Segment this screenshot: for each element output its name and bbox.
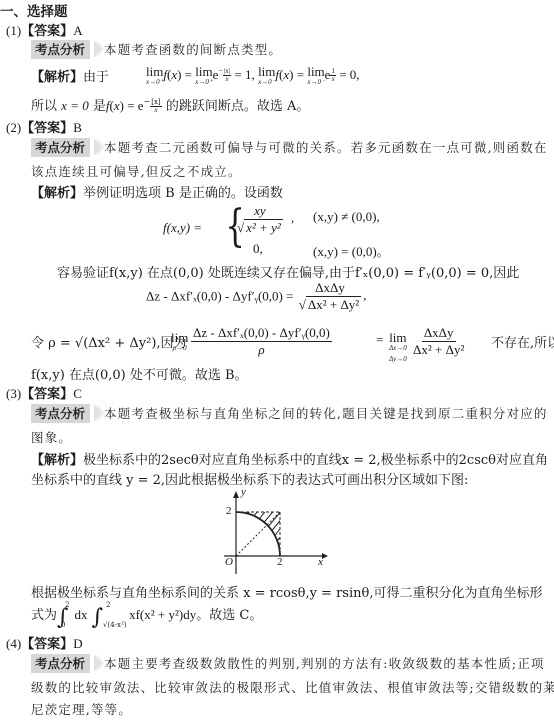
- question-3-header: (3)【答案】C: [6, 383, 82, 402]
- x-tick-label: 2: [277, 556, 283, 568]
- question-2-kaodian-line2: 该点连续且可偏导,但反之不成立。: [31, 162, 242, 180]
- origin-label: O: [225, 556, 233, 568]
- question-4-kaodian-line2: 级数的比较审敛法、比较审敛法的极限形式、比值审敛法、根值审敛法等;交错级数的莱布: [31, 678, 554, 696]
- kaodian-badge: 考点分析: [31, 654, 90, 673]
- question-4-header: (4)【答案】D: [6, 633, 83, 652]
- section-title: 一、选择题: [0, 0, 68, 20]
- question-4-kaodian-line3: 尼茨定理,等等。: [31, 700, 132, 718]
- question-3-kaodian: 考点分析本题考查极坐标与直角坐标之间的转化,题目关键是找到原二重积分对应的: [31, 404, 548, 423]
- question-1-header: (1)【答案】A: [6, 20, 83, 39]
- question-2-final: f(x,y) 在点(0,0) 处不可微。故选 B。: [31, 364, 248, 383]
- question-2-delta-formula: Δz - Δxf′ₓ(0,0) - Δyf′ᵧ(0,0) = ΔxΔy√Δx² …: [146, 280, 366, 313]
- answer-tag: 【答案】: [21, 24, 73, 39]
- question-2-jiexi: 【解析】举例证明选项 B 是正确的。设函数: [31, 182, 283, 201]
- question-3-integral: 式为∫20dx ∫2√(4-x²)xf(x² + y²)dy。故选 C。: [31, 604, 262, 632]
- question-2-kaodian: 考点分析本题考查二元函数可偏导与可微的关系。若多元函数在一点可微,则函数在: [31, 138, 548, 157]
- question-3-jiexi-line2: 坐标系中的直线 y = 2,因此根据极坐标系下的表达式可画出积分区域如下图:: [31, 469, 468, 488]
- question-1-jiexi: 【解析】由于: [31, 66, 109, 85]
- kaodian-badge: 考点分析: [31, 40, 90, 59]
- question-3-jiexi: 【解析】极坐标系中的2secθ对应直角坐标系中的直线x = 2,极坐标系中的2c…: [31, 449, 548, 468]
- y-tick-label: 2: [226, 505, 232, 517]
- y-axis-arrow-icon: [233, 491, 239, 498]
- jiexi-intro: 由于: [83, 70, 109, 85]
- jiexi-tag: 【解析】: [31, 70, 83, 85]
- question-2-verify-line: 容易验证f(x,y) 在点(0,0) 处既连续又存在偏导,由于f′ₓ(0,0) …: [57, 262, 519, 281]
- answer-value: A: [73, 23, 82, 38]
- kaodian-badge: 考点分析: [31, 138, 90, 157]
- question-3-relation-line: 根据极坐标系与直角坐标系间的关系 x = rcosθ,y = rsinθ,可得二…: [31, 582, 542, 601]
- question-1-conclusion: 所以 x = 0 是f(x) = e−[x]x 的跳跃间断点。故选 A。: [31, 95, 309, 114]
- question-4-kaodian: 考点分析本题主要考查级数敛散性的判别,判别的方法有:收敛级数的基本性质;正项: [31, 654, 545, 673]
- x-axis-label: x: [318, 556, 323, 568]
- y-axis-label: y: [241, 486, 246, 498]
- kaodian-text: 本题考查函数的间断点类型。: [104, 42, 282, 57]
- question-3-kaodian-line2: 图象。: [31, 428, 72, 446]
- question-1-kaodian: 考点分析本题考查函数的间断点类型。: [31, 40, 282, 59]
- question-number: (1): [6, 23, 21, 38]
- region-diagram: [222, 488, 330, 576]
- question-1-limit-formula: limx→0⁺f(x) = limx→0⁺e−|x|x = 1, limx→0⁻…: [146, 66, 360, 88]
- question-2-header: (2)【答案】B: [6, 117, 82, 136]
- integration-region-figure: y 2 O 2 x: [222, 488, 330, 576]
- kaodian-badge: 考点分析: [31, 404, 90, 423]
